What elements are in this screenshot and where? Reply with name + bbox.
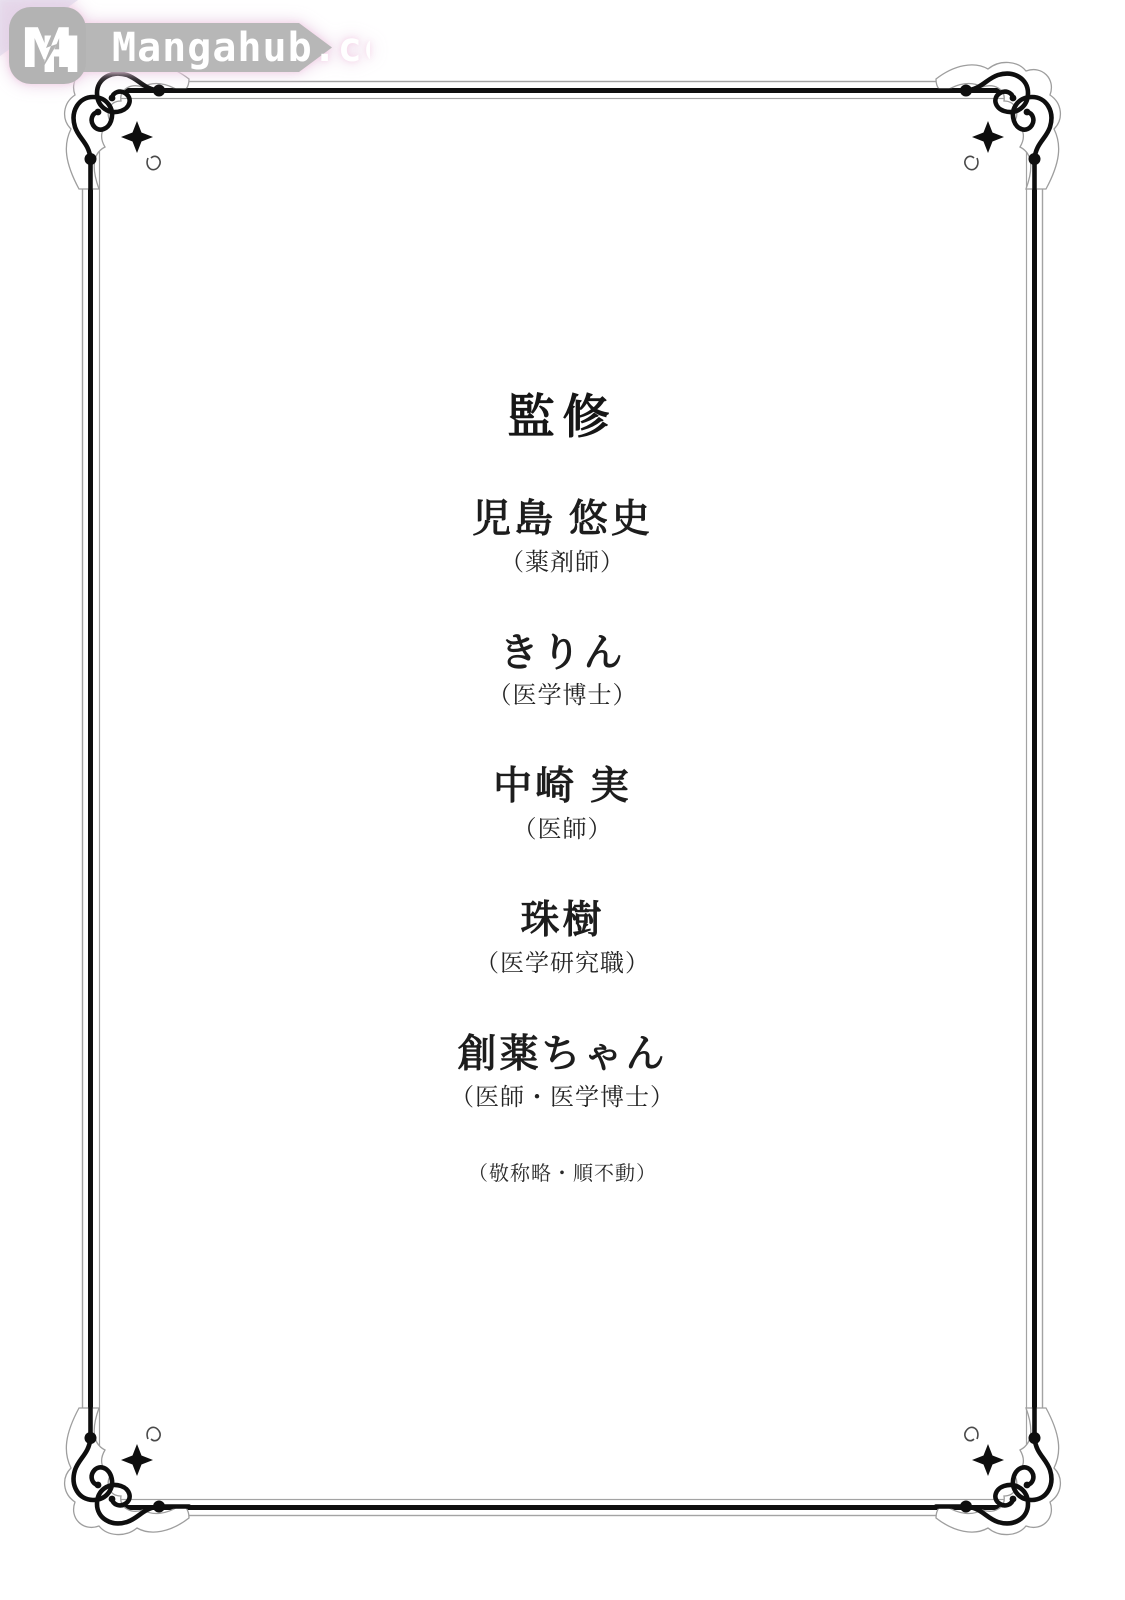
credit-entry: 創薬ちゃん （医師・医学博士） bbox=[110, 1033, 1015, 1113]
logo-letter-h: H bbox=[40, 26, 82, 84]
manga-credits-page: M H Mangahub.cc 監修 児島 悠史 （薬剤師） きりん （医学博士… bbox=[0, 0, 1125, 1600]
credit-entry: 珠樹 （医学研究職） bbox=[110, 899, 1015, 979]
credit-entry: 中崎 実 （医師） bbox=[110, 765, 1015, 845]
page-title: 監修 bbox=[110, 392, 1015, 444]
credit-title: （医師） bbox=[110, 815, 1015, 845]
credit-name: きりん bbox=[110, 632, 1015, 677]
credit-name: 中崎 実 bbox=[110, 765, 1015, 810]
credit-entry: きりん （医学博士） bbox=[110, 632, 1015, 712]
credit-entry: 児島 悠史 （薬剤師） bbox=[110, 498, 1015, 578]
credit-name: 珠樹 bbox=[110, 899, 1015, 944]
credit-name: 児島 悠史 bbox=[110, 498, 1015, 543]
credit-title: （薬剤師） bbox=[110, 548, 1015, 578]
credit-title: （医学研究職） bbox=[110, 949, 1015, 979]
credit-title: （医学博士） bbox=[110, 681, 1015, 711]
credit-title: （医師・医学博士） bbox=[110, 1083, 1015, 1113]
credit-name: 創薬ちゃん bbox=[110, 1033, 1015, 1078]
credits-content: 監修 児島 悠史 （薬剤師） きりん （医学博士） 中崎 実 （医師） 珠樹 （… bbox=[110, 0, 1015, 1186]
honorifics-note: （敬称略・順不動） bbox=[110, 1157, 1015, 1186]
